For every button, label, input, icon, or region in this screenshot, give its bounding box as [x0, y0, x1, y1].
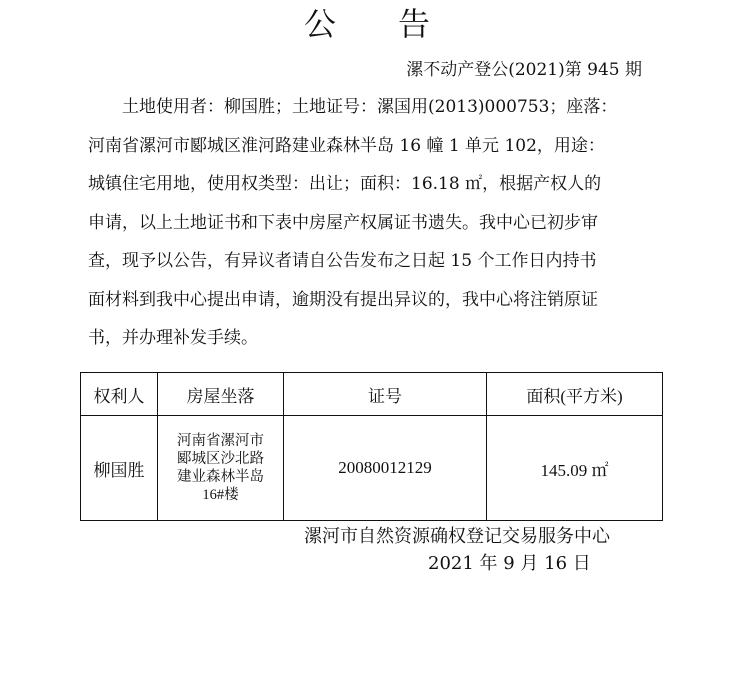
cell-area: 145.09 ㎡ [487, 416, 663, 521]
title-char-1: 公 [304, 4, 336, 44]
cell-cert-no: 20080012129 [284, 416, 487, 521]
header-location: 房屋坐落 [158, 373, 284, 416]
body-line-1: 土地使用者：柳国胜；土地证号：漯国用(2013)000753；座落： [88, 88, 648, 127]
cell-location: 河南省漯河市 郾城区沙北路 建业森林半岛 16#楼 [158, 416, 284, 521]
title-char-2: 告 [398, 4, 430, 44]
location-line: 河南省漯河市 [158, 432, 283, 450]
body-line-3: 城镇住宅用地，使用权类型：出让；面积：16.18 ㎡，根据产权人的 [88, 165, 648, 204]
body-line-6: 面材料到我中心提出申请，逾期没有提出异议的，我中心将注销原证 [88, 281, 648, 320]
cell-owner: 柳国胜 [81, 416, 158, 521]
document-number: 漯不动产登公(2021)第 945 期 [406, 58, 642, 82]
issuing-organization: 漯河市自然资源确权登记交易服务中心 [304, 525, 610, 549]
header-owner: 权利人 [81, 373, 158, 416]
issue-date: 2021 年 9 月 16 日 [428, 552, 591, 576]
header-cert-no: 证号 [284, 373, 487, 416]
header-area: 面积(平方米) [487, 373, 663, 416]
notice-body: 土地使用者：柳国胜；土地证号：漯国用(2013)000753；座落： 河南省漯河… [88, 88, 648, 358]
body-line-5: 查，现予以公告，有异议者请自公告发布之日起 15 个工作日内持书 [88, 242, 648, 281]
location-line: 16#楼 [158, 486, 283, 504]
body-line-7: 书，并办理补发手续。 [88, 319, 648, 358]
body-line-2: 河南省漯河市郾城区淮河路建业森林半岛 16 幢 1 单元 102，用途： [88, 127, 648, 166]
property-table: 权利人 房屋坐落 证号 面积(平方米) 柳国胜 河南省漯河市 郾城区沙北路 建业… [80, 372, 663, 521]
table-header-row: 权利人 房屋坐落 证号 面积(平方米) [81, 373, 663, 416]
location-line: 郾城区沙北路 [158, 450, 283, 468]
page-title: 公告 [0, 4, 734, 44]
location-line: 建业森林半岛 [158, 468, 283, 486]
body-line-4: 申请，以上土地证书和下表中房屋产权属证书遗失。我中心已初步审 [88, 204, 648, 243]
table-row: 柳国胜 河南省漯河市 郾城区沙北路 建业森林半岛 16#楼 2008001212… [81, 416, 663, 521]
